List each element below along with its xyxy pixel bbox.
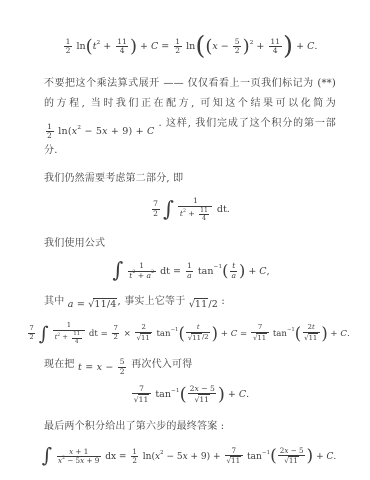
fraction-numerator: x + 1	[68, 448, 90, 456]
paren-group: (2x − 5√11)	[180, 385, 225, 405]
math-fraction: 72	[28, 325, 35, 342]
math-sqrt: √11	[284, 456, 299, 466]
math-text: +	[218, 329, 231, 339]
math-text: 11	[200, 207, 208, 214]
math-row: x − 52	[212, 38, 242, 56]
fraction-numerator: 7	[230, 447, 238, 455]
fraction-denominator: 2	[64, 47, 72, 56]
math-row: 72∫1t2 + 114 dt.	[150, 197, 230, 222]
math-fraction: ta	[230, 262, 238, 280]
inline-math: a = √11/4	[68, 295, 118, 314]
fraction-numerator: 2t	[306, 324, 316, 332]
math-text: .	[246, 389, 249, 400]
math-superscript: 2	[62, 457, 65, 461]
math-fraction: 2√11	[135, 324, 152, 343]
math-variable: C	[231, 329, 238, 339]
math-text: 11	[289, 456, 298, 465]
integral-sign-icon: ∫	[42, 448, 52, 465]
math-fraction: 1t2 + a2	[128, 262, 156, 280]
paren-group: (2x − 5√11)	[270, 447, 313, 466]
paragraph-1: 不要把这个乘法算式展开 —— 仅仅看看上一页我们标记为 (**) 的方程, 当时…	[44, 74, 336, 162]
math-fraction: 72	[112, 325, 119, 342]
radicand: 11	[230, 456, 241, 466]
math-text: −	[218, 41, 232, 52]
math-row: 7√11 tan−1(2x − 5√11) + C.	[131, 385, 249, 405]
radicand: 11/4	[93, 298, 117, 310]
document-page: 12 ln(t2 + 114) + C = 12 ln((x − 52)2 + …	[0, 0, 370, 480]
fraction-denominator: 2	[174, 47, 182, 56]
math-text: tan	[244, 452, 262, 462]
math-fraction: 7√11	[225, 447, 243, 466]
math-text: 1	[139, 262, 144, 271]
fraction-numerator: 1	[191, 197, 199, 206]
math-variable: C	[307, 41, 314, 52]
fraction-denominator: 4	[118, 47, 126, 56]
math-text: 11	[141, 334, 150, 342]
fraction-denominator: t2 + a2	[128, 272, 156, 281]
right-paren: )	[130, 39, 137, 54]
math-superscript: 2	[57, 334, 60, 338]
right-paren: )	[307, 449, 314, 464]
paren-group: (t2 + 114)	[86, 38, 137, 56]
math-fraction: 12	[46, 123, 54, 141]
math-text: ln	[73, 41, 85, 52]
fraction-numerator: 2	[140, 324, 147, 332]
math-row: 2x − 5	[190, 385, 215, 394]
math-text: +	[245, 266, 259, 277]
math-superscript: −1	[213, 265, 222, 271]
math-row: 12 ln(x2 − 5x + 9) + C	[44, 122, 155, 141]
math-text: =	[158, 41, 172, 52]
fraction-denominator: √11	[132, 394, 151, 405]
math-fraction: 7√11	[251, 324, 268, 343]
left-paren: (	[222, 264, 228, 278]
math-superscript: 2	[250, 41, 254, 47]
fraction-denominator: √11	[251, 333, 268, 343]
fraction-numerator: 11	[269, 38, 282, 47]
math-text: 2	[132, 270, 135, 275]
math-text: 11	[139, 395, 149, 404]
math-superscript: 2	[160, 451, 164, 457]
math-fraction: 114	[116, 38, 129, 56]
radicand: 11	[256, 333, 267, 342]
math-row: 2t	[308, 324, 315, 332]
fraction-numerator: 7	[112, 325, 119, 333]
math-row: (x − 52)2 + 114	[205, 38, 283, 56]
math-text: 1	[175, 38, 180, 47]
math-text: =	[237, 329, 250, 339]
math-superscript: −1	[287, 328, 295, 333]
math-row: x + 1	[69, 448, 88, 456]
math-text: .	[314, 41, 317, 52]
display-formula-4: 72∫1t2 + 114 dt = 72 × 2√11 tan−1(t√11/2…	[12, 322, 364, 345]
math-text: 1	[67, 322, 71, 330]
fraction-numerator: 7	[256, 324, 263, 332]
fraction-numerator: 1	[64, 38, 72, 47]
paragraph-5: 现在把 t = x − 52 再次代入可得	[44, 355, 336, 377]
math-text: dt =	[86, 329, 110, 339]
math-text: +	[313, 452, 326, 462]
fraction-numerator: 2x − 5	[278, 447, 305, 455]
math-row: 2x − 5	[280, 447, 304, 455]
fraction-numerator: 5	[233, 38, 241, 47]
text-run: , 事实上它等于	[117, 296, 188, 307]
math-text: 2	[141, 324, 145, 332]
math-sqrt: √11	[253, 333, 267, 343]
math-text: 11	[117, 38, 127, 47]
math-text: 4	[75, 339, 79, 345]
math-text: 2	[77, 125, 81, 131]
math-text: +	[186, 210, 197, 219]
math-text: dt.	[214, 204, 230, 215]
fraction-denominator: √11/2	[186, 333, 210, 343]
math-sqrt: √11	[134, 394, 150, 405]
paragraph-3: 我们使用公式	[44, 234, 336, 254]
fraction-denominator: t2 + 114	[53, 331, 85, 345]
math-variable: C	[340, 329, 347, 339]
math-superscript: 2	[183, 210, 186, 215]
fraction-numerator: 2x − 5	[188, 385, 216, 394]
right-paren: )	[243, 39, 250, 54]
math-text: 7	[139, 385, 144, 394]
display-formula-5: 7√11 tan−1(2x − 5√11) + C.	[44, 385, 336, 405]
math-text: + 9) +	[188, 452, 224, 462]
math-text: 2	[62, 456, 65, 461]
fraction-numerator: 11	[116, 38, 129, 47]
inline-math: 12 ln(x2 − 5x + 9) + C	[44, 122, 155, 141]
paren-group: (t√11/2)	[178, 324, 218, 343]
math-fraction: 2t√11	[303, 324, 320, 343]
math-fraction: 1t2 + 114	[53, 322, 85, 345]
math-fraction: x + 1x2 − 5x + 9	[57, 448, 101, 466]
math-row: a = √11/4	[68, 295, 118, 314]
math-text: 2	[97, 40, 101, 46]
display-formula-6: ∫x + 1x2 − 5x + 9 dx = 12 ln(x2 − 5x + 9…	[12, 447, 364, 466]
math-text: =	[74, 295, 89, 314]
paragraph-2: 我们仍然需要考虑第二部分, 即	[44, 169, 336, 189]
math-text: .	[347, 329, 350, 339]
math-text: dt =	[157, 266, 184, 277]
math-text: 5	[235, 38, 240, 47]
math-row: ∫1t2 + a2 dt = 1a tan−1(ta) + C,	[110, 262, 269, 280]
math-sqrt: √11	[194, 394, 210, 405]
math-text: 7	[258, 324, 262, 332]
fraction-numerator: 7	[138, 385, 146, 394]
fraction-numerator: t	[195, 324, 201, 332]
math-row: x2 − 5x + 9	[58, 457, 99, 465]
math-superscript: 2	[151, 271, 154, 276]
paren-group: (x − 52)	[205, 38, 249, 56]
math-fraction: 2x − 5√11	[278, 447, 305, 466]
fraction-numerator: 1	[186, 262, 194, 271]
fraction-denominator: 2	[131, 457, 139, 465]
math-row: ∫x + 1x2 − 5x + 9 dx = 12 ln(x2 − 5x + 9…	[40, 447, 337, 466]
math-text: ln(	[55, 122, 72, 141]
math-text: tan	[270, 329, 287, 339]
math-text: − 5	[65, 457, 80, 465]
fraction-denominator: 2	[112, 334, 119, 342]
math-text: tan	[195, 266, 214, 277]
math-text: +	[225, 389, 239, 400]
math-text: 1	[187, 262, 192, 271]
math-variable: t	[197, 324, 200, 332]
math-text: 11	[231, 456, 240, 465]
right-paren: )	[218, 387, 225, 402]
math-text: 2	[151, 270, 154, 275]
math-text: +	[328, 329, 341, 339]
math-fraction: 114	[199, 207, 210, 222]
math-row: t = x − 52	[78, 358, 128, 377]
math-text: 11	[199, 395, 209, 404]
fraction-numerator: 1	[174, 38, 182, 47]
math-row: 72∫1t2 + 114 dt = 72 × 2√11 tan−1(t√11/2…	[26, 322, 349, 345]
math-text: ln	[183, 41, 195, 52]
math-text: ×	[121, 329, 134, 339]
math-fraction: 52	[118, 358, 126, 376]
integral-sign-icon: ∫	[163, 201, 174, 219]
fraction-denominator: √11	[225, 456, 243, 466]
paragraph-4: 其中 a = √11/4, 事实上它等于 √11/2 :	[44, 292, 336, 314]
paren-group: ((x − 52)2 + 114)	[195, 36, 293, 58]
math-text: 5	[120, 358, 125, 367]
math-text: 2	[235, 47, 240, 56]
fraction-denominator: 4	[201, 215, 208, 222]
math-sqrt: √11	[137, 333, 151, 343]
math-text: 11	[270, 38, 280, 47]
math-superscript: 2	[97, 41, 101, 47]
math-text: 1	[132, 448, 137, 456]
fraction-numerator: 1	[65, 322, 72, 330]
math-row: t2 + a2	[129, 272, 154, 281]
fraction-numerator: 7	[28, 325, 35, 333]
math-fraction: 114	[72, 331, 82, 345]
math-fraction: 1t2 + 114	[178, 197, 212, 222]
math-text: 2	[66, 47, 71, 56]
math-row: 12 ln(t2 + 114) + C = 12 ln((x − 52)2 + …	[63, 36, 318, 58]
math-fraction: 114	[269, 38, 282, 56]
math-fraction: 1a	[186, 262, 194, 280]
math-text: /2	[208, 295, 218, 314]
paren-group: (ta)	[222, 262, 245, 280]
fraction-denominator: 4	[73, 339, 80, 345]
radicand: 11	[288, 456, 299, 466]
right-paren: )	[283, 36, 293, 58]
math-variable: a	[231, 272, 236, 281]
math-variable: C	[239, 389, 246, 400]
fraction-denominator: a	[230, 272, 238, 281]
math-text: 4	[273, 47, 278, 56]
math-text: + 1	[73, 448, 88, 456]
fraction-denominator: a	[186, 272, 194, 281]
math-text: ln(	[140, 452, 155, 462]
left-paren: (	[295, 327, 301, 341]
math-text: +	[100, 41, 114, 52]
math-text: 2	[114, 334, 118, 342]
math-sqrt: √11	[304, 333, 318, 343]
math-text: 2	[57, 333, 60, 338]
math-text: −1	[213, 264, 222, 270]
math-text: + 9	[84, 457, 99, 465]
math-text: +	[137, 41, 151, 52]
fraction-denominator: √11	[135, 333, 152, 343]
math-text: =	[82, 358, 97, 377]
math-text: +	[135, 272, 146, 281]
fraction-denominator: 2	[46, 132, 54, 141]
math-sqrt: √11	[226, 456, 241, 466]
math-sqrt: √11	[188, 333, 202, 343]
display-formula-2: 72∫1t2 + 114 dt.	[44, 197, 336, 222]
fraction-numerator: 1	[138, 262, 146, 271]
math-fraction: 12	[174, 38, 182, 56]
math-text: −	[102, 358, 117, 377]
math-text: 2	[132, 457, 137, 465]
math-sqrt: √11	[189, 295, 209, 314]
radicand: 11	[194, 298, 209, 310]
fraction-denominator: x2 − 5x + 9	[57, 457, 101, 465]
math-superscript: −1	[171, 328, 179, 333]
math-text: 1	[47, 123, 52, 132]
radicand: 11	[191, 333, 202, 342]
paragraph-6: 最后两个积分给出了第六步的最终答案 :	[44, 417, 336, 437]
math-fraction: t√11/2	[186, 324, 210, 343]
inline-math: √11/2	[189, 295, 218, 314]
fraction-denominator: √11	[283, 456, 301, 466]
fraction-denominator: 4	[271, 47, 279, 56]
fraction-numerator: 5	[118, 358, 126, 367]
text-run: 其中	[44, 296, 68, 307]
math-text: 1	[193, 197, 198, 206]
math-text: 11/4	[94, 299, 116, 310]
math-fraction: 2x − 5√11	[188, 385, 216, 405]
math-fraction: 7√11	[132, 385, 151, 405]
display-formula-1: 12 ln(t2 + 114) + C = 12 ln((x − 52)2 + …	[24, 36, 356, 58]
math-fraction: 52	[233, 38, 241, 56]
math-text: 7	[114, 325, 118, 333]
fraction-numerator: 1	[46, 123, 54, 132]
math-text: 4	[120, 47, 125, 56]
math-text: +	[253, 41, 267, 52]
left-paren: (	[180, 387, 187, 402]
math-text: −1	[171, 388, 180, 394]
math-text: 11	[192, 334, 201, 342]
left-paren: (	[195, 36, 205, 58]
math-variable: C	[147, 122, 154, 141]
text-run: 再次代入可得	[128, 359, 193, 370]
paren-group: (2t√11)	[295, 324, 328, 343]
radicand: 11	[138, 394, 150, 404]
math-text: .	[333, 452, 336, 462]
radicand: 11	[308, 333, 319, 342]
math-fraction: 12	[64, 38, 72, 56]
math-text: +	[60, 334, 70, 342]
math-text: 2	[175, 47, 180, 56]
fraction-denominator: 2	[28, 334, 35, 342]
math-text: − 5	[81, 122, 102, 141]
math-row: t2 + 114	[93, 38, 130, 56]
math-text: tan	[154, 329, 171, 339]
text-run: 不要把这个乘法算式展开 —— 仅仅看看上一页我们标记为 (**) 的方程, 当时…	[44, 78, 336, 109]
fraction-numerator: t	[231, 262, 237, 271]
math-variable: t	[232, 262, 235, 271]
math-text: +	[293, 41, 307, 52]
math-superscript: 2	[77, 126, 81, 132]
math-fraction: 12	[131, 448, 139, 466]
math-text: − 5	[164, 452, 183, 462]
text-run: 现在把	[44, 359, 78, 370]
math-text: 1	[66, 38, 71, 47]
math-superscript: −1	[171, 389, 180, 395]
math-variable: C	[151, 41, 158, 52]
math-sqrt: √11/4	[88, 295, 117, 314]
integral-sign-icon: ∫	[39, 326, 49, 342]
math-text: 2	[29, 334, 33, 342]
math-variable: a	[187, 272, 192, 281]
radicand: 11	[140, 333, 151, 342]
math-text: 11	[257, 334, 266, 342]
math-text: −1	[171, 327, 179, 333]
radicand: 11	[198, 394, 210, 404]
math-variable: t	[312, 324, 315, 332]
math-row: t2 + 114	[180, 207, 211, 222]
integral-sign-icon: ∫	[112, 262, 123, 280]
fraction-denominator: 2	[233, 47, 241, 56]
display-formula-3: ∫1t2 + a2 dt = 1a tan−1(ta) + C,	[44, 262, 336, 280]
fraction-denominator: √11	[193, 394, 212, 405]
text-run: :	[218, 296, 225, 307]
left-paren: (	[178, 327, 184, 341]
fraction-denominator: t2 + 114	[178, 207, 212, 222]
fraction-denominator: 2	[118, 368, 126, 377]
math-superscript: −1	[262, 451, 270, 457]
fraction-denominator: √11	[303, 333, 320, 343]
math-text: ,	[267, 266, 270, 277]
math-text: + 9) +	[108, 122, 147, 141]
math-row: √11/2	[189, 295, 218, 314]
math-text: 7	[232, 447, 237, 455]
left-paren: (	[86, 39, 93, 54]
math-text: 7	[29, 325, 33, 333]
math-text: 11	[195, 299, 208, 310]
left-paren: (	[270, 449, 277, 464]
math-text: −1	[287, 327, 295, 333]
math-text: −1	[262, 450, 270, 456]
math-text: 4	[202, 215, 206, 222]
fraction-numerator: 1	[131, 448, 139, 456]
math-row: t2 + 114	[55, 331, 84, 345]
math-text: 2	[183, 209, 186, 214]
math-text: dx =	[102, 452, 129, 462]
math-text: 7	[153, 200, 158, 209]
fraction-numerator: 7	[152, 200, 160, 209]
math-text: 2	[160, 450, 164, 456]
math-fraction: 72	[152, 200, 160, 218]
math-text: − 5	[288, 447, 303, 455]
math-text: 2	[47, 132, 52, 141]
math-variable: C	[326, 452, 333, 462]
math-text: /2	[202, 334, 209, 342]
math-text: tan	[152, 389, 171, 400]
math-text: 11	[309, 334, 318, 342]
math-row: √11/2	[188, 333, 209, 343]
math-variable: C	[259, 266, 266, 277]
math-superscript: 2	[132, 271, 135, 276]
math-text: 2	[120, 368, 125, 377]
math-text: 2	[250, 40, 254, 46]
left-paren: (	[205, 39, 212, 54]
inline-math: t = x − 52	[78, 358, 128, 377]
fraction-numerator: 11	[199, 207, 210, 214]
fraction-denominator: 2	[152, 210, 160, 219]
